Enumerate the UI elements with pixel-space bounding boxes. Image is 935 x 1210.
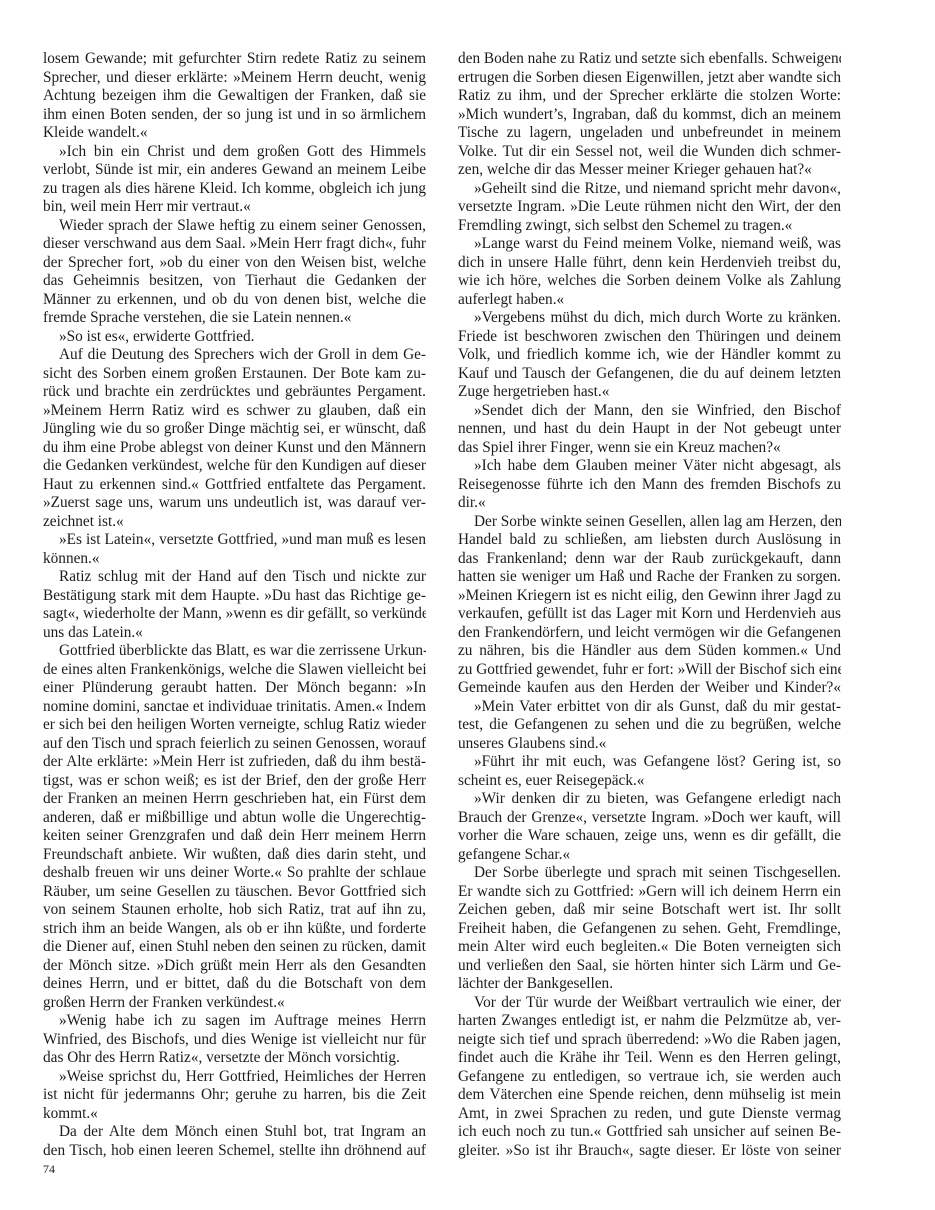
text-line: Tische zu lagern, ungeladen und unbefreu…: [458, 124, 841, 143]
text-line: Winfried, des Bischofs, und dies Wenige …: [43, 1031, 426, 1050]
text-line: zeichnet ist.«: [43, 513, 426, 532]
text-line: strich ihm an beide Wangen, als ob er ih…: [43, 920, 426, 939]
text-line: den Boden nahe zu Ratiz und setzte sich …: [458, 50, 841, 69]
text-line: losem Gewande; mit gefurchter Stirn rede…: [43, 50, 426, 69]
text-line: Achtung bezeigen ihm die Gewaltigen der …: [43, 87, 426, 106]
text-line: lächter der Bankgesellen.: [458, 975, 841, 994]
text-line: großen Herrn der Franken verkündest.«: [43, 994, 426, 1013]
text-line: Handel bald zu schließen, am liebsten du…: [458, 531, 841, 550]
text-line: Männer zu erkennen, und ob du von denen …: [43, 291, 426, 310]
text-line: kommt.«: [43, 1105, 426, 1124]
text-line: unseres Glaubens sind.«: [458, 735, 841, 754]
text-line: wie ich höre, welches die Sorben deinem …: [458, 272, 841, 291]
text-line: »Lange warst du Feind meinem Volke, niem…: [458, 235, 841, 254]
text-line: »Führt ihr mit euch, was Gefangene löst?…: [458, 753, 841, 772]
text-line: Freundschaft anbiete. Wir wußten, daß di…: [43, 846, 426, 865]
text-line: deines Herrn, und er bittet, daß du die …: [43, 975, 426, 994]
text-line: der Franken an meinen Herrn geschrieben …: [43, 790, 426, 809]
text-line: können.«: [43, 550, 426, 569]
text-line: den Tisch, hob einen leeren Schemel, ste…: [43, 1142, 426, 1161]
text-line: Zuge hergetrieben hast.«: [458, 383, 841, 402]
text-line: und verließen den Saal, sie hörten hinte…: [458, 957, 841, 976]
text-line: Bestätigung stark mit dem Haupte. »Du ha…: [43, 587, 426, 606]
text-line: anderen, daß er mißbillige und abtun wol…: [43, 809, 426, 828]
text-line: dem Väterchen eine Spende reichen, denn …: [458, 1086, 841, 1105]
text-line: Brauch der Grenze«, versetzte Ingram. »D…: [458, 809, 841, 828]
text-line: sagt«, wiederholte der Mann, »wenn es di…: [43, 605, 426, 624]
text-line: Reisegenosse führte ich den Mann des fre…: [458, 476, 841, 495]
text-line: Fremdling zwingt, sich selbst den Scheme…: [458, 217, 841, 236]
text-line: Gemeinde kaufen aus den Herden der Weibe…: [458, 679, 841, 698]
text-line: de eines alten Frankenkönigs, welche die…: [43, 661, 426, 680]
text-line: das Spiel ihrer Finger, wenn sie ein Kre…: [458, 439, 841, 458]
text-line: Zeichen geben, daß mir seine Botschaft w…: [458, 901, 841, 920]
text-line: bin, weil mein Herr mir vertraut.«: [43, 198, 426, 217]
text-line: Jüngling wie du so großer Dinge mächtig …: [43, 420, 426, 439]
text-line: Friede ist beschworen zwischen den Thüri…: [458, 328, 841, 347]
text-line: der Sprecher fort, »ob du einer von den …: [43, 254, 426, 273]
text-line: zu nähren, bis die Händler aus dem Süden…: [458, 642, 841, 661]
text-line: ertrugen die Sorben diesen Eigenwillen, …: [458, 69, 841, 88]
text-line: »Wenig habe ich zu sagen im Auftrage mei…: [43, 1012, 426, 1031]
text-line: »Meinem Herrn Ratiz wird es schwer zu gl…: [43, 402, 426, 421]
text-line: zen, welche dir das Messer meiner Kriege…: [458, 161, 841, 180]
text-line: Haut zu erkennen sind.« Gottfried entfal…: [43, 476, 426, 495]
text-line: du ihm eine Probe ablegst von deiner Kun…: [43, 439, 426, 458]
text-line: er sich bei den heiligen Worten verneigt…: [43, 716, 426, 735]
text-line: »Ich habe dem Glauben meiner Väter nicht…: [458, 457, 841, 476]
text-line: »Mich wundert’s, Ingraban, daß du kommst…: [458, 106, 841, 125]
text-line: sicht des Sorben einem großen Erstaunen.…: [43, 365, 426, 384]
text-line: nomine domini, sanctae et individuae tri…: [43, 698, 426, 717]
text-line: Amt, in zwei Sprachen zu reden, und gute…: [458, 1105, 841, 1124]
text-line: Der Sorbe überlegte und sprach mit seine…: [458, 864, 841, 883]
text-line: Auf die Deutung des Sprechers wich der G…: [43, 346, 426, 365]
text-line: fremde Sprache verstehen, die sie Latein…: [43, 309, 426, 328]
text-line: »Zuerst sage uns, warum uns undeutlich i…: [43, 494, 426, 513]
book-page: losem Gewande; mit gefurchter Stirn rede…: [0, 0, 935, 1210]
text-line: einer Plünderung geraubt hatten. Der Mön…: [43, 679, 426, 698]
text-line: nennen, und hast du dein Haupt in der No…: [458, 420, 841, 439]
text-line: die Gedanken verkündest, welche für den …: [43, 457, 426, 476]
text-line: »Meinen Kriegern ist es nicht eilig, den…: [458, 587, 841, 606]
text-line: »Vergebens mühst du dich, mich durch Wor…: [458, 309, 841, 328]
text-line: der Mönch sitze. »Dich grüßt mein Herr a…: [43, 957, 426, 976]
text-line: dir.«: [458, 494, 841, 513]
text-line: Volk, und friedlich komme ich, wie der H…: [458, 346, 841, 365]
text-line: Wieder sprach der Slawe heftig zu einem …: [43, 217, 426, 236]
text-line: uns das Latein.«: [43, 624, 426, 643]
text-line: Ratiz zu ihm, und der Sprecher erklärte …: [458, 87, 841, 106]
text-line: gleiter. »So ist ihr Brauch«, sagte dies…: [458, 1142, 841, 1161]
text-line: Volke. Tut dir ein Sessel not, weil die …: [458, 143, 841, 162]
left-text-column: losem Gewande; mit gefurchter Stirn rede…: [43, 50, 426, 1160]
text-line: den Frankendörfern, und leicht vermögen …: [458, 624, 841, 643]
text-line: vorher die Ware schauen, zeige uns, wenn…: [458, 827, 841, 846]
text-line: »So ist es«, erwiderte Gottfried.: [43, 328, 426, 347]
page-number: 74: [43, 1162, 55, 1177]
text-line: auf den Tisch und sprach feierlich zu se…: [43, 735, 426, 754]
text-line: Räuber, um seine Gesellen zu täuschen. B…: [43, 883, 426, 902]
text-line: Kleide wandelt.«: [43, 124, 426, 143]
text-line: ihm einen Boten senden, der so jung ist …: [43, 106, 426, 125]
right-text-column: den Boden nahe zu Ratiz und setzte sich …: [458, 50, 841, 1160]
text-line: »Geheilt sind die Ritze, und niemand spr…: [458, 180, 841, 199]
text-line: das Ohr des Herrn Ratiz«, versetzte der …: [43, 1049, 426, 1068]
text-line: gefangene Schar.«: [458, 846, 841, 865]
text-line: Er wandte sich zu Gottfried: »Gern will …: [458, 883, 841, 902]
text-line: mein Alter wird euch begleiten.« Die Bot…: [458, 938, 841, 957]
text-line: findet auch die Krähe ihr Teil. Wenn es …: [458, 1049, 841, 1068]
text-line: Vor der Tür wurde der Weißbart vertrauli…: [458, 994, 841, 1013]
text-line: dich in unsere Halle führt, denn kein He…: [458, 254, 841, 273]
text-line: ich euch noch zu tun.« Gottfried sah uns…: [458, 1123, 841, 1142]
text-line: auferlegt haben.«: [458, 291, 841, 310]
text-line: zu tragen als dies härene Kleid. Ich kom…: [43, 180, 426, 199]
text-line: test, die Gefangenen zu sehen und die zu…: [458, 716, 841, 735]
text-line: verkaufen, gefüllt ist das Lager mit Kor…: [458, 605, 841, 624]
text-line: dieser verschwand aus dem Saal. »Mein He…: [43, 235, 426, 254]
text-line: »Ich bin ein Christ und dem großen Gott …: [43, 143, 426, 162]
text-line: Freiheit haben, die Gefangenen zu sehen.…: [458, 920, 841, 939]
text-line: harten Zwanges entledigt ist, er nahm di…: [458, 1012, 841, 1031]
text-line: »Sendet dich der Mann, den sie Winfried,…: [458, 402, 841, 421]
text-line: »Es ist Latein«, versetzte Gottfried, »u…: [43, 531, 426, 550]
text-line: der Alte erklärte: »Mein Herr ist zufrie…: [43, 753, 426, 772]
text-line: von seinem Staunen erholte, hob sich Rat…: [43, 901, 426, 920]
text-line: Da der Alte dem Mönch einen Stuhl bot, t…: [43, 1123, 426, 1142]
text-line: neigte sich tief und sprach überredend: …: [458, 1031, 841, 1050]
text-line: zu Gottfried gewendet, fuhr er fort: »Wi…: [458, 661, 841, 680]
text-line: hatten sie weniger um Haß und Rache der …: [458, 568, 841, 587]
text-line: ist nicht für jedermanns Ohr; geruhe zu …: [43, 1086, 426, 1105]
text-line: Gottfried überblickte das Blatt, es war …: [43, 642, 426, 661]
text-line: »Mein Vater erbittet von dir als Gunst, …: [458, 698, 841, 717]
text-line: keiten seiner Grenzgrafen und daß dein H…: [43, 827, 426, 846]
text-line: scheint es, euer Reisegepäck.«: [458, 772, 841, 791]
text-line: rück und brachte ein zerdrücktes und geb…: [43, 383, 426, 402]
text-line: versetzte Ingram. »Die Leute rühmen nich…: [458, 198, 841, 217]
text-line: die Diener auf, einen Stuhl neben den se…: [43, 938, 426, 957]
text-line: Kauf und Tausch der Gefangenen, die du a…: [458, 365, 841, 384]
text-line: das Frankenland; denn war der Raub zurüc…: [458, 550, 841, 569]
text-line: tigst, was er schon weiß; es ist der Bri…: [43, 772, 426, 791]
text-line: »Wir denken dir zu bieten, was Gefangene…: [458, 790, 841, 809]
text-line: Gefangene zu entledigen, so vertraue ich…: [458, 1068, 841, 1087]
text-line: das Geheimnis besitzen, von Tierhaut die…: [43, 272, 426, 291]
text-line: verlobt, Sünde ist mir, ein anderes Gewa…: [43, 161, 426, 180]
text-line: Sprecher, und dieser erklärte: »Meinem H…: [43, 69, 426, 88]
text-line: »Weise sprichst du, Herr Gottfried, Heim…: [43, 1068, 426, 1087]
text-line: Der Sorbe winkte seinen Gesellen, allen …: [458, 513, 841, 532]
text-line: Ratiz schlug mit der Hand auf den Tisch …: [43, 568, 426, 587]
text-line: deshalb freuen wir uns deiner Worte.« So…: [43, 864, 426, 883]
